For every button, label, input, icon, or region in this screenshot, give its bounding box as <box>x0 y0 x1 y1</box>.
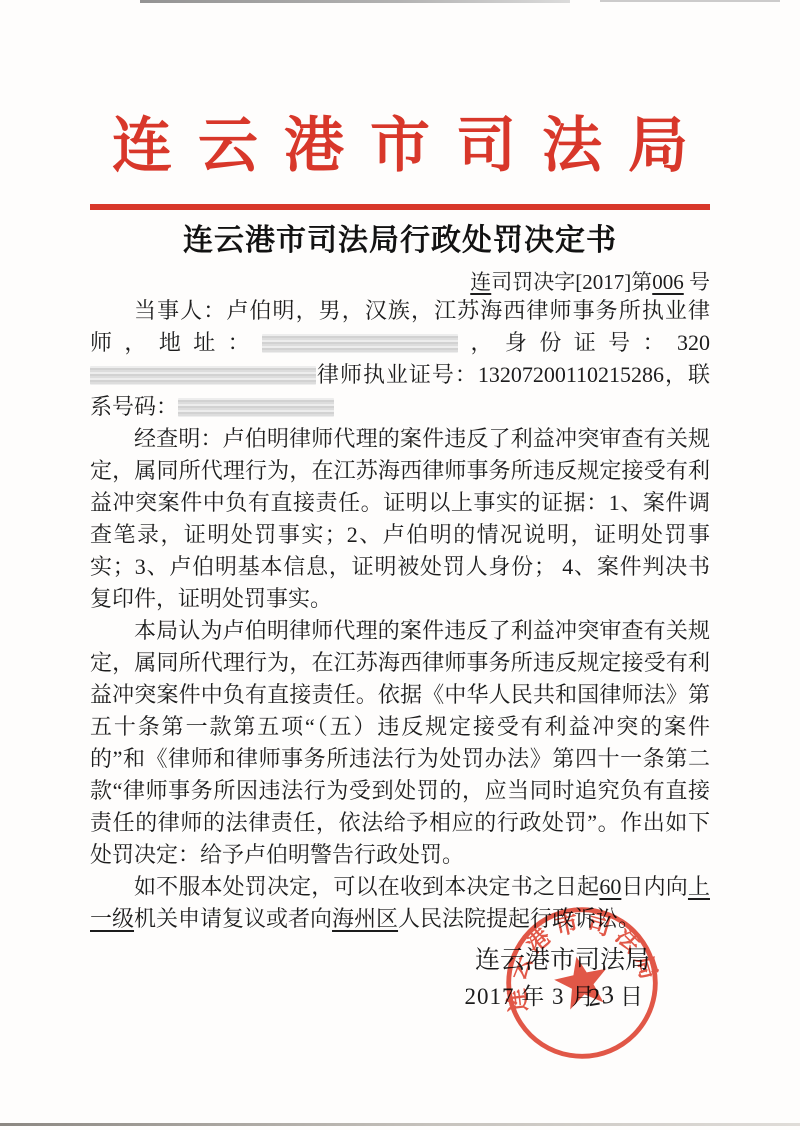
appeal-paragraph: 如不服本处罚决定，可以在收到本决定书之日起60日内向上一级机关申请复议或者向海州… <box>90 871 710 935</box>
doc-number-suffix: 号 <box>689 270 710 294</box>
appeal-text-4: 人民法院提起行政诉讼。 <box>398 906 640 931</box>
redaction-phone-number <box>178 398 334 417</box>
appeal-text-3: 机关申请复议或者向 <box>134 906 332 931</box>
document-title: 连云港市司法局行政处罚决定书 <box>0 215 800 259</box>
scan-artifact-bottom <box>0 1123 800 1126</box>
doc-number-serial: 006 <box>652 270 684 294</box>
issue-date: 2017 年 3 月23 日 <box>90 978 710 1016</box>
decision-paragraph: 本局认为卢伯明律师代理的案件违反了利益冲突审查有关规定，属同所代理行为，在江苏海… <box>90 615 710 871</box>
appeal-text-2: 日内向 <box>621 874 688 899</box>
appeal-days: 60 <box>599 874 621 899</box>
document-page: 连云港市司法局 连云港市司法局行政处罚决定书 连司罚决字[2017]第006 号… <box>0 0 800 1130</box>
signature-block: 连云港市司法局 2017 年 3 月23 日 <box>90 944 710 1016</box>
party-text-2: ，身份证号：320 <box>458 330 710 355</box>
redaction-id-number <box>90 366 316 385</box>
appeal-text-1: 如不服本处罚决定，可以在收到本决定书之日起 <box>134 874 599 899</box>
issue-date-day-handwritten: 23 <box>587 976 616 1019</box>
issue-date-suffix: 日 <box>620 984 644 1009</box>
scan-artifact-top <box>140 0 570 3</box>
issue-date-prefix: 2017 年 3 月 <box>465 984 596 1009</box>
issuing-authority: 连云港市司法局 <box>90 944 710 978</box>
party-paragraph: 当事人：卢伯明，男，汉族，江苏海西律师事务所执业律师，地址：，身份证号：320律… <box>90 295 710 423</box>
document-number: 连司罚决字[2017]第006 号 <box>90 266 710 296</box>
letterhead-title: 连云港市司法局 <box>0 98 800 184</box>
doc-number-mid: 司罚决字[2017]第 <box>491 270 652 294</box>
appeal-court-district: 海州区 <box>332 906 398 931</box>
scan-artifact-top-right <box>600 0 780 2</box>
letterhead-text: 连云港市司法局 <box>112 98 714 184</box>
facts-paragraph: 经查明：卢伯明律师代理的案件违反了利益冲突审查有关规定，属同所代理行为，在江苏海… <box>90 423 710 615</box>
doc-number-prefix: 连 <box>470 270 491 294</box>
letterhead-divider-rule <box>90 204 710 210</box>
document-body: 当事人：卢伯明，男，汉族，江苏海西律师事务所执业律师，地址：，身份证号：320律… <box>90 295 710 935</box>
redaction-address <box>262 334 458 353</box>
